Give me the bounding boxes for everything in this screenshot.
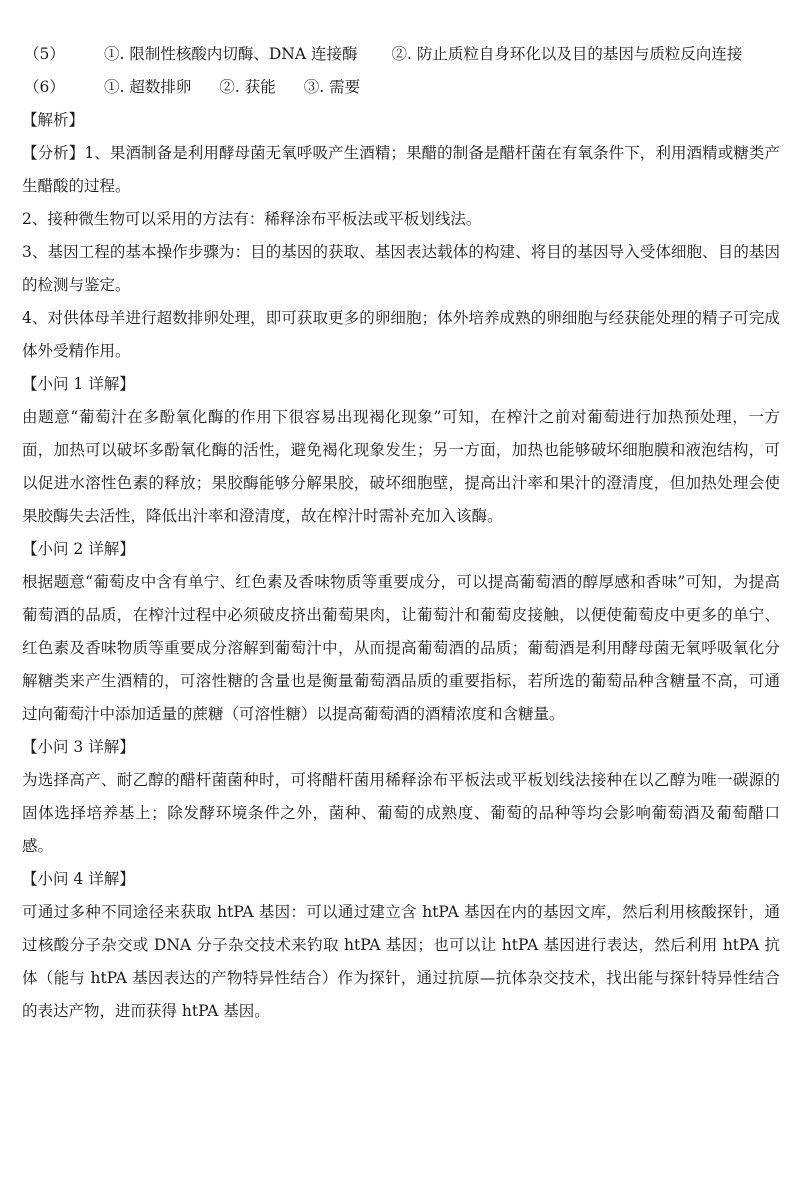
answer-row-6: （6） ①. 超数排卵 ②. 获能 ③. 需要 — [22, 71, 782, 104]
analysis-point-1: 【分析】1、果酒制备是利用酵母菌无氧呼吸产生酒精；果醋的制备是醋杆菌在有氧条件下… — [22, 137, 780, 203]
subquestion-2-body: 根据题意“葡萄皮中含有单宁、红色素及香味物质等重要成分，可以提高葡萄酒的醇厚感和… — [22, 566, 780, 731]
answer-number: （6） — [22, 71, 104, 104]
answer-item: ③. 需要 — [304, 71, 360, 104]
answer-item: ①. 超数排卵 — [104, 71, 191, 104]
answer-item: ①. 限制性核酸内切酶、DNA 连接酶 — [104, 38, 357, 71]
subquestion-2-heading: 【小问 2 详解】 — [22, 533, 782, 566]
analysis-point-text: 1、果酒制备是利用酵母菌无氧呼吸产生酒精；果醋的制备是醋杆菌在有氧条件下，利用酒… — [22, 144, 780, 195]
answer-number: （5） — [22, 38, 104, 71]
analysis-point-4: 4、对供体母羊进行超数排卵处理，即可获取更多的卵细胞；体外培养成熟的卵细胞与经获… — [22, 302, 780, 368]
analysis-point-2: 2、接种微生物可以采用的方法有：稀释涂布平板法或平板划线法。 — [22, 203, 780, 236]
answer-item: ②. 获能 — [219, 71, 275, 104]
analysis-heading: 【解析】 — [22, 104, 782, 137]
subquestion-1-body: 由题意“葡萄汁在多酚氧化酶的作用下很容易出现褐化现象”可知，在榨汁之前对葡萄进行… — [22, 401, 780, 533]
document-page: （5） ①. 限制性核酸内切酶、DNA 连接酶 ②. 防止质粒自身环化以及目的基… — [22, 38, 782, 1028]
analysis-point-3: 3、基因工程的基本操作步骤为：目的基因的获取、基因表达载体的构建、将目的基因导入… — [22, 236, 780, 302]
subquestion-3-heading: 【小问 3 详解】 — [22, 731, 782, 764]
subquestion-3-body: 为选择高产、耐乙醇的醋杆菌菌种时，可将醋杆菌用稀释涂布平板法或平板划线法接种在以… — [22, 764, 780, 863]
analysis-label: 【分析】 — [22, 144, 84, 162]
subquestion-1-heading: 【小问 1 详解】 — [22, 368, 782, 401]
answer-item: ②. 防止质粒自身环化以及目的基因与质粒反向连接 — [391, 38, 742, 71]
answer-row-5: （5） ①. 限制性核酸内切酶、DNA 连接酶 ②. 防止质粒自身环化以及目的基… — [22, 38, 782, 71]
subquestion-4-heading: 【小问 4 详解】 — [22, 863, 782, 896]
subquestion-4-body: 可通过多种不同途径来获取 htPA 基因：可以通过建立含 htPA 基因在内的基… — [22, 896, 780, 1028]
